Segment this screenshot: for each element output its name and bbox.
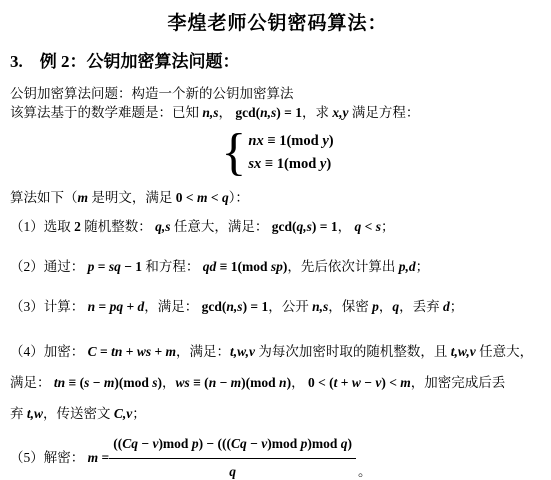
step-4-line-2: 满足： tn ≡ (s − m)(mod s)，ws ≡ (n − m)(mod… [10, 367, 545, 398]
equation-line-1: nx ≡ 1(mod y) [248, 130, 333, 153]
intro-line-2: 该算法基于的数学难题是：已知 n,s， gcd(n,s) = 1，求 x,y 满… [10, 103, 545, 122]
fraction-numerator: ((Cq − v)mod p) − (((Cq − v)mod p)mod q) [109, 433, 356, 459]
algorithm-note: 算法如下（m 是明文，满足 0 < m < q）： [10, 187, 545, 208]
equation-system: { nx ≡ 1(mod y) sx ≡ 1(mod y) [221, 130, 333, 177]
algorithm-step-1: （1）选取 2 随机整数： q,s 任意大，满足： gcd(q,s) = 1， … [10, 216, 545, 238]
algorithm-step-3: （3）计算： n = pq + d，满足： gcd(n,s) = 1，公开 n,… [10, 296, 545, 318]
algorithm-step-5: （5）解密： m = ((Cq − v)mod p) − (((Cq − v)m… [10, 433, 545, 480]
step-4-line-1: （4）加密： C = tn + ws + m，满足：t,w,v 为每次加密时取的… [10, 336, 545, 367]
step-4-line-3: 弃 t,w，传送密文 C,v； [10, 398, 545, 429]
doc-title: 李煌老师公钥密码算法： [10, 8, 545, 35]
fraction-denominator: q [109, 459, 356, 480]
left-brace-symbol: { [221, 130, 246, 177]
step-5-lead: （5）解密： m = [10, 447, 109, 469]
algorithm-step-2: （2）通过： p = sq − 1 和方程： qd ≡ 1(mod sp)，先后… [10, 256, 545, 278]
equation-line-2: sx ≡ 1(mod y) [248, 153, 333, 176]
sentence-period: 。 [356, 461, 372, 480]
decryption-fraction: ((Cq − v)mod p) − (((Cq − v)mod p)mod q)… [109, 433, 356, 480]
equation-column: nx ≡ 1(mod y) sx ≡ 1(mod y) [248, 130, 333, 176]
algorithm-step-4: （4）加密： C = tn + ws + m，满足：t,w,v 为每次加密时取的… [10, 336, 545, 429]
section-heading: 3. 例 2：公钥加密算法问题： [10, 47, 545, 72]
document-page: 李煌老师公钥密码算法： 3. 例 2：公钥加密算法问题： 公钥加密算法问题：构造… [0, 0, 551, 480]
intro-line-1: 公钥加密算法问题：构造一个新的公钥加密算法 [10, 84, 545, 103]
